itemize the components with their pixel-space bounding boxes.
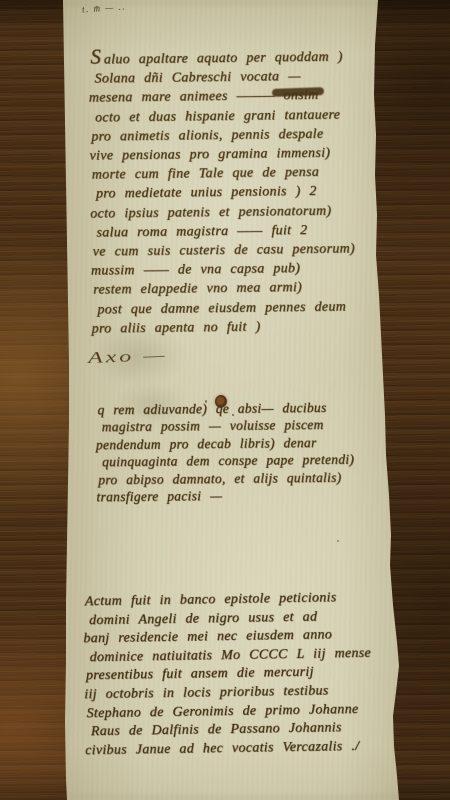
text-block-3: Actum fuit in banco epistole peticionis …	[85, 589, 373, 761]
interline-scribal-mark: Axo —	[87, 347, 168, 368]
manuscript-line: civibus Janue ad hec vocatis Vercazalis …	[85, 738, 373, 761]
text-block-2: q rem adiuvande) qe absi— ducibus magist…	[97, 399, 354, 506]
photo-scene: t. m̄ — .. Saluo apaltare aquato per quo…	[0, 0, 450, 800]
manuscript-line: transfigere pacisi —	[96, 486, 354, 506]
foxing-speck	[337, 540, 339, 542]
manuscript-line: Saluo apaltare aquato per quoddam )	[90, 44, 353, 69]
manuscript-line: pro aliis apenta no fuit )	[92, 316, 356, 338]
archival-corner-notation: t. m̄ — ..	[82, 1, 127, 14]
